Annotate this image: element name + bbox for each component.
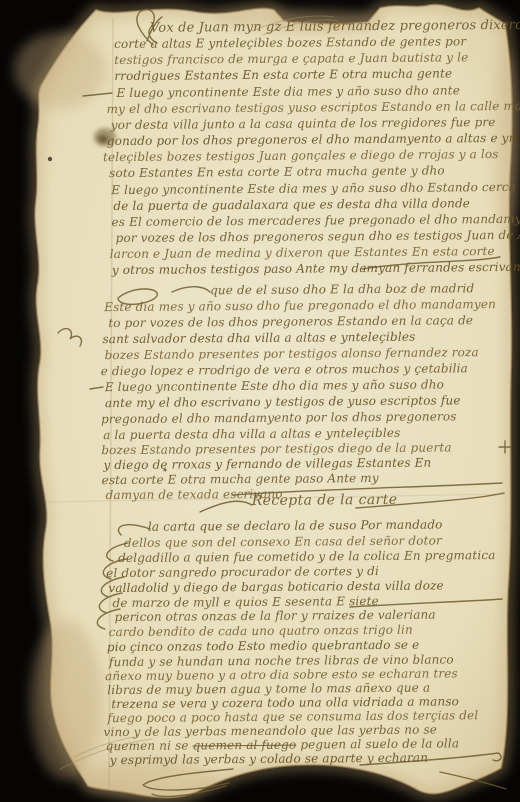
scanned-manuscript-page: Vox de Juan myn gz E luis fernandez preg… xyxy=(0,0,520,802)
manuscript-line: pio çinco onzas todo Esto medio quebrant… xyxy=(107,639,420,654)
manuscript-line: bozes Estando presentes por testigos die… xyxy=(101,441,451,457)
manuscript-line: rrodrigues Estantes En esta corte E otra… xyxy=(114,67,452,83)
manuscript-line: a la puerta desta dha villa a altas e yn… xyxy=(103,427,400,442)
manuscript-line: E luego yncontinente Este dia mes y año … xyxy=(116,84,460,100)
manuscript-text-layer: Vox de Juan myn gz E luis fernandez preg… xyxy=(0,0,520,802)
manuscript-line: testigos francisco de murga e çapata e J… xyxy=(114,51,468,67)
manuscript-line: el dotor sangredo procurador de cortes y… xyxy=(106,565,379,580)
manuscript-line: to por vozes de los dhos pregoneros Esta… xyxy=(108,314,473,330)
manuscript-line: pericon otras onzas de la flor y rraizes… xyxy=(115,609,436,625)
manuscript-line: yor desta villa junto a la casa quinta d… xyxy=(111,116,496,132)
manuscript-line: pregonado el dho mandamyento por los dho… xyxy=(101,410,457,426)
manuscript-line: E luego yncontinente Este dia mes y año … xyxy=(111,181,516,197)
struck-text: quemen al fuego xyxy=(193,738,297,753)
line-text: peguen al suelo de la olla xyxy=(296,736,459,751)
manuscript-line: que de el suso dho E la dha boz de madri… xyxy=(210,282,474,297)
manuscript-line: delgadillo a quien fue cometido y de la … xyxy=(118,549,495,565)
line-text: quemen ni se xyxy=(106,738,193,753)
manuscript-line: corte a altas E ynteleçibles bozes Estan… xyxy=(114,35,466,51)
manuscript-line: ante my el dho escrivano y testigos de y… xyxy=(105,394,461,410)
manuscript-line: valladolid y diego de bargas boticario d… xyxy=(108,579,443,595)
manuscript-line: bozes Estando presentes por testigos alo… xyxy=(105,346,479,362)
manuscript-line: dellos que son del consexo En casa del s… xyxy=(124,534,442,549)
manuscript-line: de la puerta de guadalaxara que es desta… xyxy=(113,197,470,213)
manuscript-line: y diego de rroxas y fernando de villegas… xyxy=(103,457,431,473)
manuscript-line: e diego lopez e rrodrigo de vera e otros… xyxy=(101,362,468,378)
manuscript-line: y esprimyd las yerbas y colado se aparte… xyxy=(110,752,428,768)
manuscript-line: por vozes de los dhos pregoneros segun d… xyxy=(116,229,520,245)
manuscript-line: cardo bendito de cada uno quatro onzas t… xyxy=(109,624,413,639)
manuscript-line: gonado por los dhos pregoneros el dho ma… xyxy=(107,132,517,148)
manuscript-line: Este dia mes y año suso dho fue pregonad… xyxy=(104,298,496,314)
manuscript-line: Vox de Juan myn gz E luis fernandez preg… xyxy=(150,19,520,35)
manuscript-line: esta corte E otra mucha gente paso Ante … xyxy=(101,472,378,487)
manuscript-line: my el dho escrivano testigos yuso escrip… xyxy=(107,100,520,116)
manuscript-line: teleçibles bozes testigos Juan gonçales … xyxy=(103,148,499,164)
manuscript-line: la carta que se declaro la de suso Por m… xyxy=(148,518,443,533)
manuscript-line: sant salvador desta dha villa a altas e … xyxy=(102,331,415,346)
manuscript-line: soto Estantes En esta corte E otra mucha… xyxy=(109,164,445,180)
manuscript-line: y otros muchos testigos paso Ante my dam… xyxy=(112,261,520,277)
manuscript-line: E luego yncontinente Este dho dia mes y … xyxy=(105,378,444,394)
manuscript-line: es El comercio de los mercaderes fue pre… xyxy=(111,213,520,229)
section-heading: Recepta de la carte xyxy=(252,494,398,508)
manuscript-line: larcon e Juan de medina y dixeron que Es… xyxy=(110,245,495,261)
